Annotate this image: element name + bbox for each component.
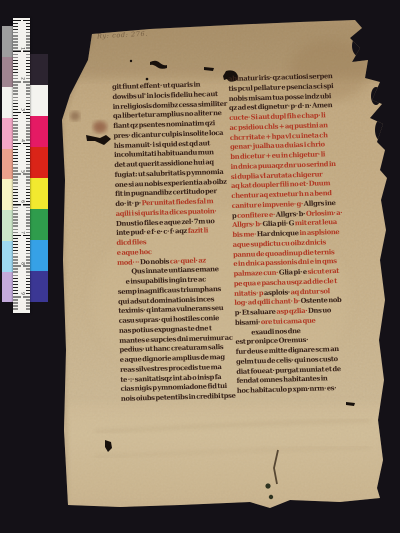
- ruler-number: 4: [20, 137, 25, 143]
- ruler-number: 3: [20, 107, 25, 113]
- ruler-number: 5: [20, 168, 25, 174]
- hole: [352, 35, 368, 57]
- color-calibration-target: 123456789: [2, 18, 49, 313]
- ruler-number: 6: [20, 199, 25, 205]
- ruler-cm-ticks-right: [23, 20, 31, 311]
- hole: [371, 87, 381, 105]
- ruler-number: 7: [20, 229, 25, 235]
- ruler-number: 9: [20, 291, 25, 297]
- hole: [375, 119, 387, 141]
- text-column-right: abinatur iris· qz acutiosi serpentis pcu…: [228, 72, 359, 397]
- ruler-cm-ticks-left: [13, 20, 21, 311]
- manuscript-photo: Ry: cod: 276. git fiunt effent· ut quari…: [0, 0, 400, 533]
- text-column-left: git fiunt effent· ut quaris indowibs ul'…: [112, 80, 243, 405]
- ruler-number: 1: [20, 45, 25, 51]
- ruler-number: 2: [20, 76, 25, 82]
- ruler-number: 8: [20, 260, 25, 266]
- ruler: 123456789: [13, 18, 30, 313]
